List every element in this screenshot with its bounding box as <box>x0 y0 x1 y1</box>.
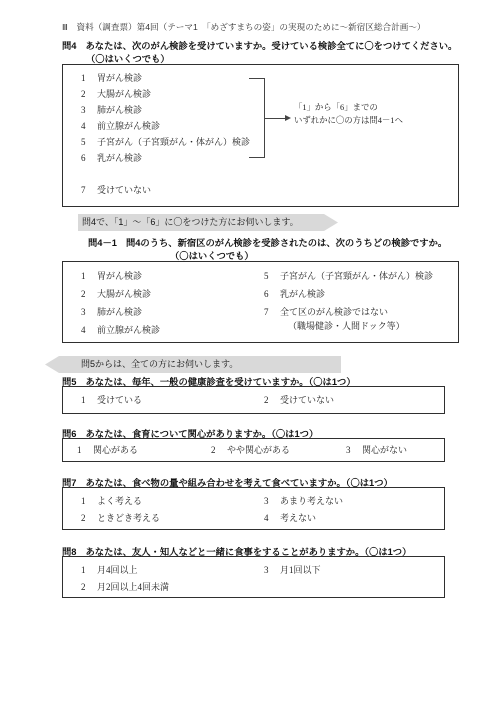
q4-option-4: 4前立腺がん検診 <box>81 119 160 132</box>
survey-page: Ⅲ 資料（調査票）第4回（テーマ1 「めざすまちの姿」の実現のために～新宿区総合… <box>0 0 496 702</box>
q4-branch-note: 「1」から「6」までの いずれかに〇の方は問4－1へ <box>294 101 403 127</box>
instruction-banner-q5: 問5からは、全ての方にお伺いします。 <box>45 356 341 373</box>
q8-option-3: 3月1回以下 <box>264 563 321 576</box>
q4-1-option-2: 2大腸がん検診 <box>81 287 151 300</box>
q4-1-option-5: 5子宮がん（子宮頸がん・体がん）検診 <box>264 269 433 282</box>
q4-1-options-box: 1胃がん検診 2大腸がん検診 3肺がん検診 4前立腺がん検診 5子宮がん（子宮頸… <box>62 261 459 343</box>
q4-1-option-3: 3肺がん検診 <box>81 305 142 318</box>
q8-options-box: 1月4回以上 2月2回以上4回未満 3月1回以下 <box>62 556 445 598</box>
q4-heading: 問4あなたは、次のがん検診を受けていますか。受けている検診全てに〇をつけてくださ… <box>62 38 457 52</box>
q6-options-box: 1関心がある 2やや関心がある 3関心がない <box>62 438 445 462</box>
q6-option-2: 2やや関心がある <box>211 443 290 456</box>
q4-option-5: 5子宮がん（子宮頸がん・体がん）検診 <box>81 135 250 148</box>
q8-option-1: 1月4回以上 <box>81 563 138 576</box>
q4-option-3: 3肺がん検診 <box>81 103 142 116</box>
q4-text: あなたは、次のがん検診を受けていますか。受けている検診全てに〇をつけてください。 <box>85 41 457 51</box>
q6-option-3: 3関心がない <box>346 443 407 456</box>
q7-option-3: 3あまり考えない <box>264 494 343 507</box>
q7-option-1: 1よく考える <box>81 494 142 507</box>
q4-1-option-1: 1胃がん検診 <box>81 269 142 282</box>
branch-arrow-icon <box>265 118 285 119</box>
q4-option-2: 2大腸がん検診 <box>81 87 151 100</box>
q4-1-option-7: 7全て区のがん検診ではない <box>264 305 388 318</box>
q4-note: （〇はいくつでも） <box>86 51 170 65</box>
q5-options-box: 1受けている 2受けていない <box>62 386 445 414</box>
q4-1-text: 問4のうち、新宿区のがん検診を受診されたのは、次のうちどの検診ですか。 <box>126 238 447 248</box>
q4-label: 問4 <box>62 41 76 51</box>
q4-1-option-7-sub: （職場健診・人間ドック等） <box>288 319 405 332</box>
options-group-bracket <box>249 78 265 158</box>
instruction-banner-q4-1: 問4で、「1」～「6」に〇をつけた方にお伺いします。 <box>78 214 338 231</box>
q4-1-option-6: 6乳がん検診 <box>264 287 325 300</box>
q7-option-4: 4考えない <box>264 511 316 524</box>
q7-options-box: 1よく考える 2ときどき考える 3あまり考えない 4考えない <box>62 487 445 530</box>
page-title: Ⅲ 資料（調査票）第4回（テーマ1 「めざすまちの姿」の実現のために～新宿区総合… <box>62 21 426 33</box>
q7-option-2: 2ときどき考える <box>81 511 160 524</box>
q4-option-1: 1胃がん検診 <box>81 71 142 84</box>
q4-1-heading: 問4－1問4のうち、新宿区のがん検診を受診されたのは、次のうちどの検診ですか。 <box>88 235 447 249</box>
q6-option-1: 1関心がある <box>77 443 138 456</box>
q5-option-1: 1受けている <box>81 393 142 406</box>
q4-option-6: 6乳がん検診 <box>81 151 142 164</box>
q8-option-2: 2月2回以上4回未満 <box>81 580 169 593</box>
q4-options-box: 1胃がん検診 2大腸がん検診 3肺がん検診 4前立腺がん検診 5子宮がん（子宮頸… <box>62 64 459 207</box>
q5-option-2: 2受けていない <box>264 393 334 406</box>
q4-option-7: 7受けていない <box>81 183 151 196</box>
q4-1-note: （〇はいくつでも） <box>170 248 254 262</box>
q4-1-label: 問4－1 <box>88 238 117 248</box>
q4-1-option-4: 4前立腺がん検診 <box>81 323 160 336</box>
